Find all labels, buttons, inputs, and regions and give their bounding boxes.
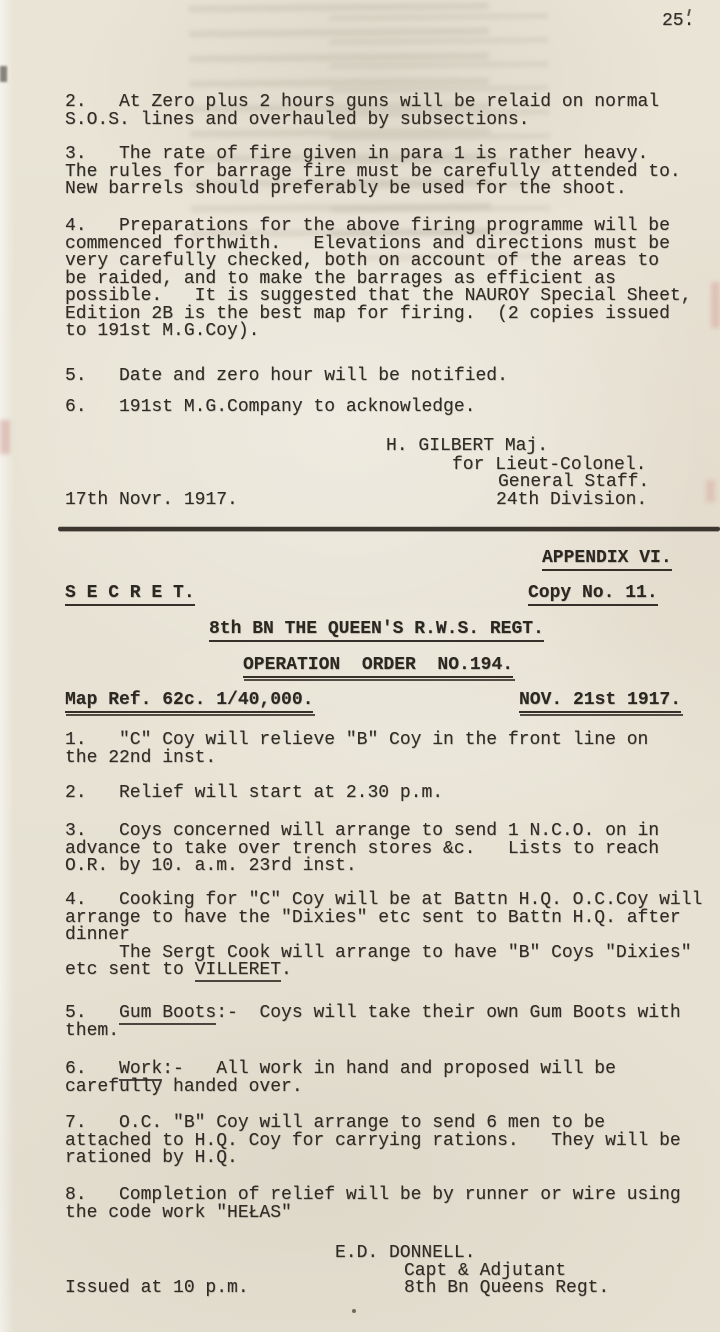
doc2-signature-unit: 8th Bn Queens Regt. [404,1280,609,1298]
paper-smudge [0,420,10,454]
paper-smudge [706,480,715,502]
map-reference: Map Ref. 62c. 1/40,000. [65,692,313,710]
appendix-label: APPENDIX VI. [542,548,672,571]
order-title-label: OPERATION ORDER NO.194. [243,655,513,678]
paragraph-text: 4. Cooking for "C" Coy will be at Battn … [65,890,702,980]
doc2-signature-name: E.D. DONNELL. [335,1245,475,1263]
doc1-date: 17th Novr. 1917. [65,492,238,510]
page-number: 25. [662,13,694,31]
paragraph-text: . [281,960,292,980]
copy-number-label: Copy No. 11. [528,583,658,606]
gum-boots-heading: Gum Boots [119,1003,216,1025]
doc2-paragraph-8: 8. Completion of relief will be by runne… [65,1187,717,1222]
doc1-signature-name: H. GILBERT Maj. [386,438,548,456]
map-reference-label: Map Ref. 62c. 1/40,000. [65,690,313,713]
doc2-paragraph-7: 7. O.C. "B" Coy will arrange to send 6 m… [65,1115,717,1168]
divider-line [58,527,720,531]
doc2-paragraph-1: 1. "C" Coy will relieve "B" Coy in the f… [65,732,717,767]
document-page: 25. 2. At Zero plus 2 hours guns will be… [0,0,720,1332]
doc1-paragraph-6: 6. 191st M.G.Company to acknowledge. [65,399,717,417]
doc1-paragraph-3: 3. The rate of fire given in para 1 is r… [65,146,717,199]
villeret-place-name: VILLERET [195,960,281,982]
doc2-paragraph-3: 3. Coys concerned will arrange to send 1… [65,823,717,876]
copy-number: Copy No. 11. [528,585,658,603]
doc2-paragraph-2: 2. Relief will start at 2.30 p.m. [65,785,717,803]
appendix-heading: APPENDIX VI. [542,550,672,568]
doc1-paragraph-2: 2. At Zero plus 2 hours guns will be rel… [65,94,717,129]
doc1-signature-division: 24th Division. [496,492,647,510]
order-title: OPERATION ORDER NO.194. [243,657,513,675]
secret-label: S E C R E T. [65,583,195,606]
doc1-signature-staff: General Staff. [498,474,649,492]
unit-title-label: 8th BN THE QUEEN'S R.W.S. REGT. [209,619,544,642]
paper-smudge [0,66,7,82]
doc2-paragraph-4: 4. Cooking for "C" Coy will be at Battn … [65,892,717,980]
issued-time: Issued at 10 p.m. [65,1280,249,1298]
stray-mark [352,1309,356,1313]
doc1-paragraph-5: 5. Date and zero hour will be notified. [65,368,717,386]
doc1-paragraph-4: 4. Preparations for the above firing pro… [65,218,717,341]
doc2-date-label: NOV. 21st 1917. [519,690,681,713]
doc2-paragraph-6: 6. Work:- All work in hand and proposed … [65,1061,717,1096]
doc2-date: NOV. 21st 1917. [519,692,681,710]
doc2-paragraph-5: 5. Gum Boots:- Coys will take their own … [65,1005,717,1040]
classification-heading: S E C R E T. [65,585,195,603]
unit-title: 8th BN THE QUEEN'S R.W.S. REGT. [209,621,544,639]
